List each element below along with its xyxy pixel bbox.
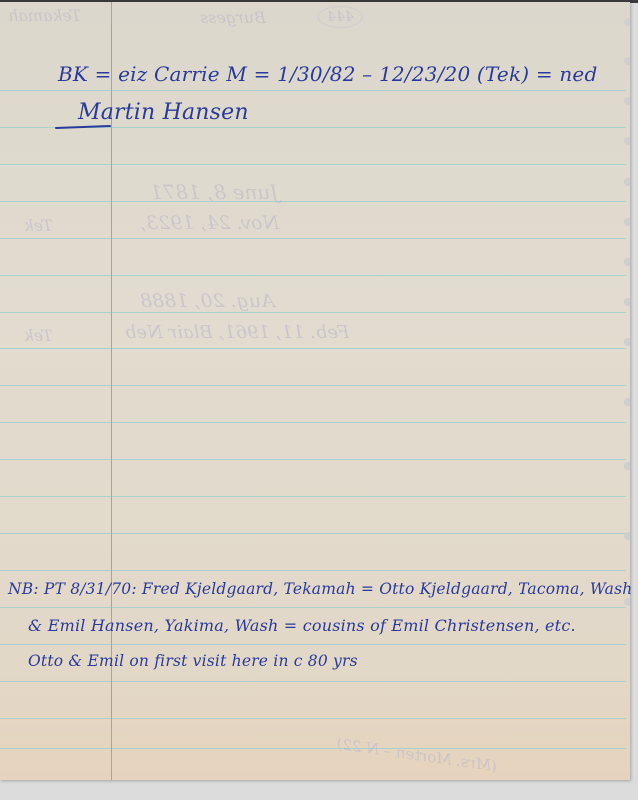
- ruling-line: [0, 164, 626, 165]
- perforation-notch: [624, 178, 630, 186]
- entry-name: Martin Hansen: [78, 100, 249, 125]
- ruling-line: [0, 459, 626, 460]
- perforation-notch: [624, 97, 630, 105]
- perforation-notch: [624, 258, 630, 266]
- ruling-line: [0, 607, 626, 608]
- perforation-notch: [624, 532, 630, 540]
- ghost-circled-number: 444: [318, 6, 363, 28]
- note-line-1: NB: PT 8/31/70: Fred Kjeldgaard, Tekamah…: [8, 580, 632, 598]
- ruling-line: [0, 718, 626, 719]
- perforation-notch: [624, 598, 630, 606]
- underline-stroke: [55, 125, 111, 129]
- perforation-notch: [624, 462, 630, 470]
- ghost-text: Tekamah: [8, 6, 81, 25]
- ruling-line: [0, 275, 626, 276]
- note-line-2: & Emil Hansen, Yakima, Wash = cousins of…: [28, 616, 576, 635]
- ghost-text: Burgess: [200, 8, 266, 27]
- ghost-text: (Mrs. Morten – N 22): [336, 735, 499, 775]
- ruling-line: [0, 533, 626, 534]
- ghost-text: Feb. 11, 1961, Blair Neb: [125, 322, 349, 343]
- perforation-notch: [624, 57, 630, 65]
- ruling-line: [0, 312, 626, 313]
- ghost-text: Tek: [24, 326, 53, 345]
- ghost-text: Aug. 20, 1888: [140, 290, 275, 312]
- ruling-line: [0, 385, 626, 386]
- ruling-line: [0, 348, 626, 349]
- ruling-line: [0, 681, 626, 682]
- ruling-line: [0, 201, 626, 202]
- perforation-notch: [624, 137, 630, 145]
- ruling-line: [0, 644, 626, 645]
- note-line-3: Otto & Emil on first visit here in c 80 …: [28, 652, 358, 670]
- perforation-notch: [624, 338, 630, 346]
- ruling-line: [0, 238, 626, 239]
- entry-line-1: BK = eiz Carrie M = 1/30/82 – 12/23/20 (…: [58, 62, 597, 86]
- ruling-line: [0, 496, 626, 497]
- ghost-text: Nov. 24, 1923,: [140, 212, 279, 234]
- ruling-line: [0, 422, 626, 423]
- ruling-line: [0, 90, 626, 91]
- notebook-page: Tekamah Burgess 444 June 8, 1871 Nov. 24…: [0, 2, 630, 780]
- ghost-text: June 8, 1871: [150, 180, 278, 204]
- ruling-line: [0, 570, 626, 571]
- perforation-notch: [624, 218, 630, 226]
- ghost-text: Tek: [24, 216, 53, 235]
- ruling-line: [0, 748, 626, 749]
- perforation-notch: [624, 398, 630, 406]
- perforation-notch: [624, 18, 630, 26]
- perforation-notch: [624, 298, 630, 306]
